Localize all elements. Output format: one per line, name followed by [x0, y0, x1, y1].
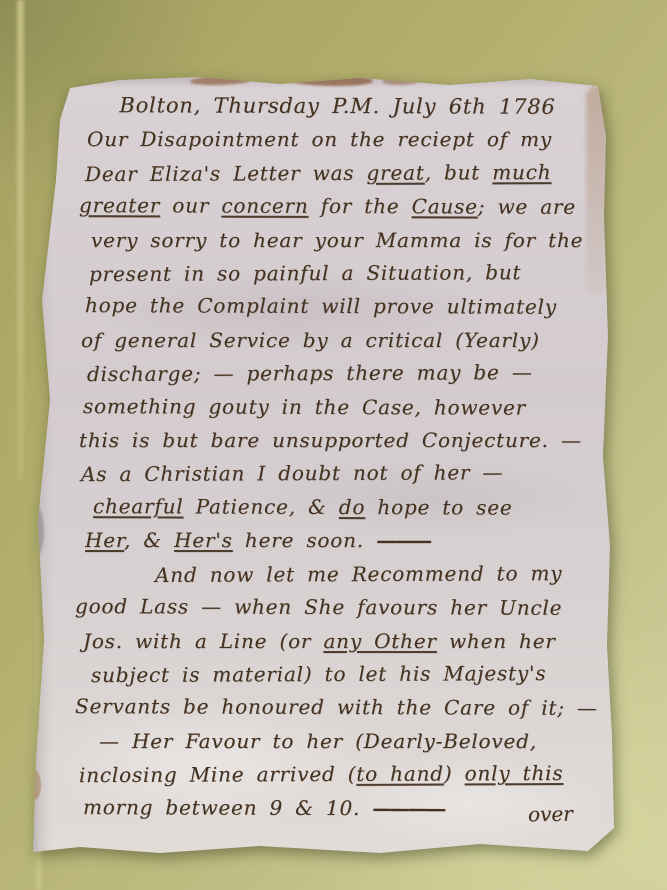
text-segment: As a Christian I doubt not of her — — [81, 461, 503, 487]
letter-line: — Her Favour to her (Dearly-Beloved, — [99, 725, 590, 758]
letter-dateline: Bolton, Thursday P.M. July 6th 1786 — [85, 89, 590, 124]
underlined-word: do — [339, 495, 366, 519]
torn-edge-mark — [28, 176, 44, 228]
torn-edge-mark — [29, 506, 44, 556]
letter-line: of general Service by a critical (Yearly… — [81, 324, 590, 357]
letter-line: Dear Eliza's Letter was great, but much — [85, 156, 590, 192]
letter-line: chearful Patience, & do hope to see — [93, 490, 590, 525]
letter-line: present in so painful a Situation, but — [89, 256, 590, 292]
text-segment: , & — [124, 528, 174, 552]
letter-line: Her, & Her's here soon. ——— — [85, 524, 590, 557]
text-segment: Jos. with a Line (or — [83, 629, 323, 653]
underlined-word: concern — [221, 194, 308, 218]
letter-line: subject is material) to let his Majesty'… — [91, 657, 590, 693]
binding-residue — [28, 770, 41, 800]
underlined-word: great — [366, 160, 424, 184]
underlined-word: Her — [85, 528, 124, 552]
letter-page-wrap: Bolton, Thursday P.M. July 6th 1786 Our … — [30, 76, 615, 856]
underlined-word: much — [492, 160, 551, 184]
text-segment: And now let me Recommend to my — [155, 561, 562, 587]
burn-stain — [190, 75, 252, 86]
text-segment: something gouty in the Case, however — [83, 394, 526, 420]
letter-line: And now let me Recommend to my — [155, 557, 590, 592]
wall-crease-highlight — [17, 0, 24, 480]
text-segment: ) — [444, 762, 465, 786]
text-segment: ; we are — [478, 195, 576, 219]
letter-line: discharge; — perhaps there may be — — [87, 356, 590, 392]
letter-line: hope the Complaint will prove ultimately — [85, 290, 590, 325]
text-segment: this is but bare unsupported Conjecture.… — [79, 428, 582, 452]
underlined-word: greater — [79, 193, 160, 217]
letter-line: inclosing Mine arrived (to hand) only th… — [79, 757, 590, 793]
underlined-word: Cause — [412, 194, 478, 218]
letter-line: good Lass — when She favours her Uncle — [75, 590, 590, 625]
text-segment: present in so painful a Situation, but — [89, 260, 521, 286]
letter-page: Bolton, Thursday P.M. July 6th 1786 Our … — [30, 76, 615, 856]
text-segment: good Lass — when She favours her Uncle — [75, 594, 562, 620]
photo-background: Bolton, Thursday P.M. July 6th 1786 Our … — [0, 0, 667, 890]
flourish-dash: ——— — [376, 528, 430, 552]
over-note: over — [528, 802, 573, 827]
underlined-word: Her's — [174, 528, 233, 552]
text-segment: for the — [309, 194, 412, 218]
text-segment: Patience, & — [183, 494, 338, 519]
underlined-word: only this — [465, 761, 564, 785]
underlined-word: chearful — [93, 494, 184, 518]
text-segment: hope the Complaint will prove ultimately — [85, 294, 557, 320]
text-segment: hope to see — [365, 495, 512, 520]
letter-line: something gouty in the Case, however — [83, 390, 590, 425]
letter-line: very sorry to hear your Mamma is for the — [91, 224, 590, 257]
flourish-dash: ———— — [372, 796, 444, 820]
text-segment: Our Disapointment on the reciept of my — [87, 127, 552, 151]
text-segment: subject is material) to let his Majesty'… — [91, 661, 546, 687]
text-segment: of general Service by a critical (Yearly… — [81, 328, 540, 352]
letter-line: Jos. with a Line (or any Other when her — [83, 625, 590, 658]
letter-line: Servants be honoured with the Care of it… — [75, 690, 590, 725]
letter-line: this is but bare unsupported Conjecture.… — [79, 424, 590, 457]
dateline-text: Bolton, Thursday P.M. July 6th 1786 — [119, 93, 555, 119]
text-segment: discharge; — perhaps there may be — — [87, 360, 533, 386]
text-segment: Dear Eliza's Letter was — [85, 161, 367, 186]
binding-residue — [27, 698, 39, 740]
text-segment: very sorry to hear your Mamma is for the — [91, 228, 583, 252]
letter-line: Our Disapointment on the reciept of my — [87, 123, 590, 156]
underlined-word: to hand — [356, 762, 444, 786]
text-segment: — Her Favour to her (Dearly-Beloved, — [99, 729, 537, 753]
text-segment: here soon. — [233, 528, 376, 552]
text-segment: Servants be honoured with the Care of it… — [75, 694, 598, 720]
text-segment: when her — [437, 629, 556, 653]
text-segment: , but — [425, 160, 493, 184]
burn-stain — [382, 78, 418, 85]
letter-line: As a Christian I doubt not of her — — [81, 456, 590, 492]
torn-edge-mark — [28, 364, 46, 426]
text-segment: inclosing Mine arrived ( — [79, 762, 356, 787]
burn-stain — [285, 73, 373, 87]
text-segment: our — [160, 194, 221, 218]
underlined-word: any Other — [323, 629, 436, 653]
letter-line: greater our concern for the Cause; we ar… — [79, 189, 590, 224]
binding-residue — [28, 584, 41, 612]
letter-line: morng between 9 & 10. ———— — [83, 791, 590, 826]
letter-body: Bolton, Thursday P.M. July 6th 1786 Our … — [85, 90, 590, 825]
text-segment: morng between 9 & 10. — [83, 795, 372, 820]
